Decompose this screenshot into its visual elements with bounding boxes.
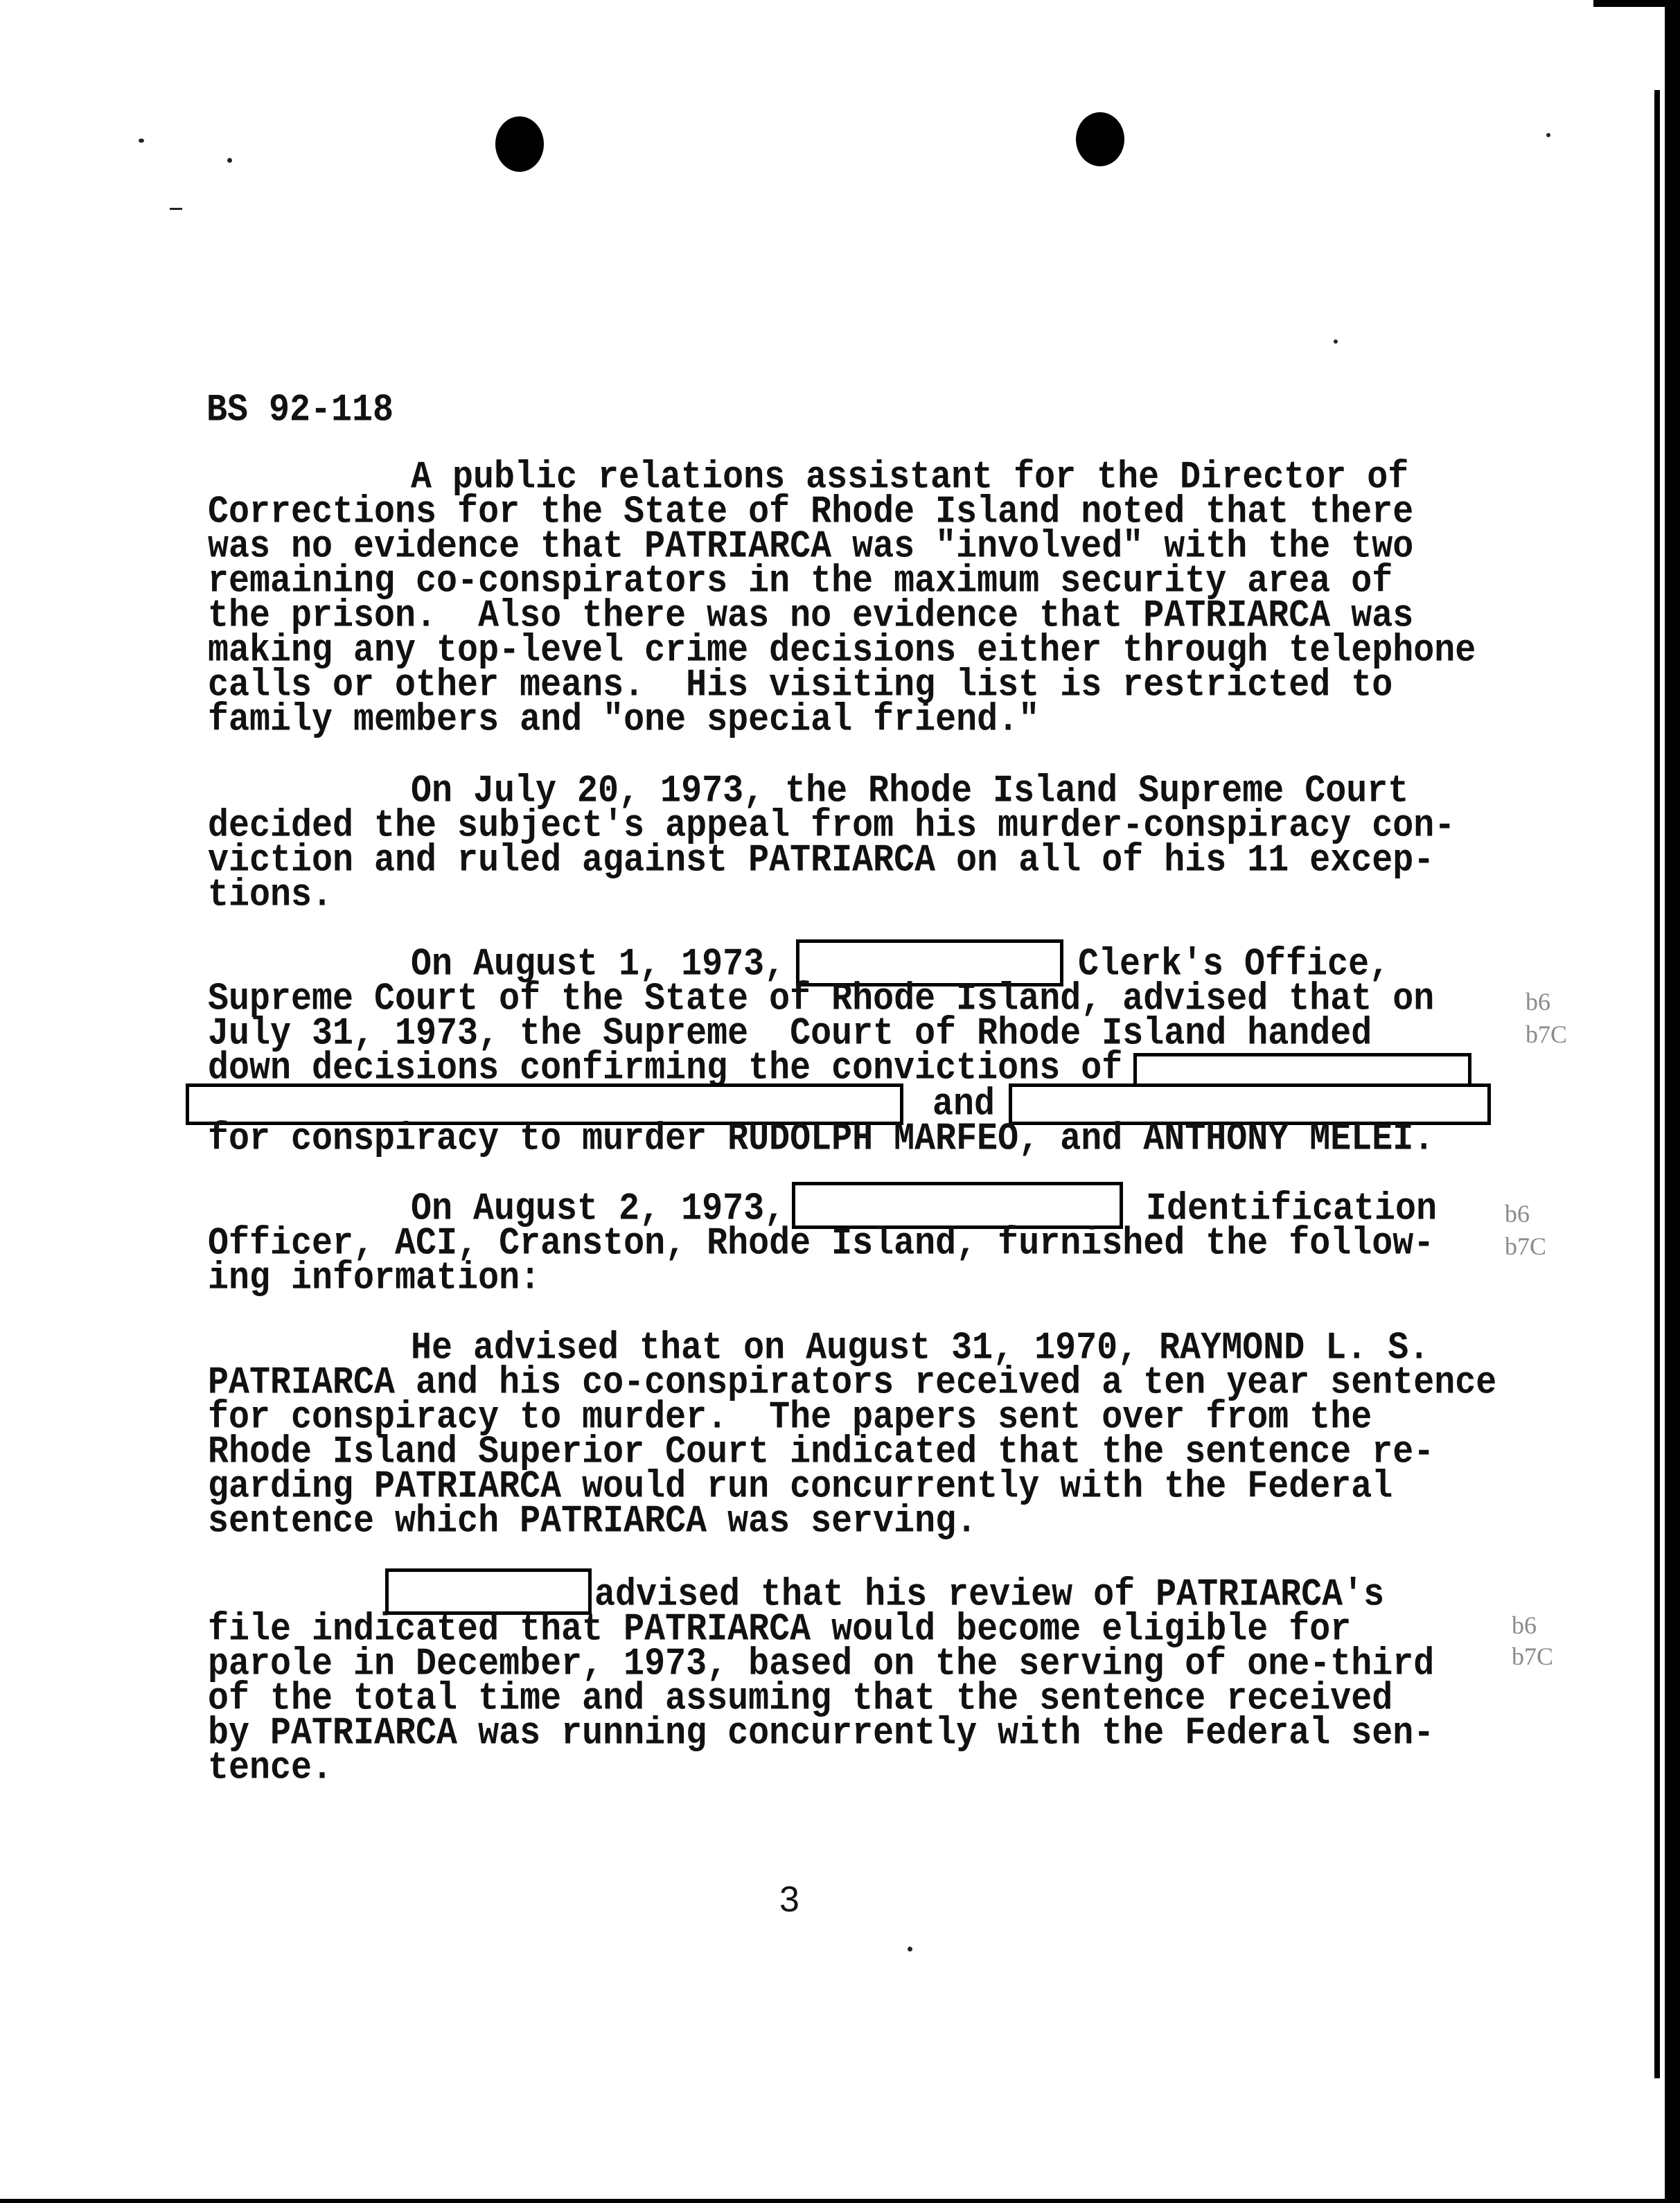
scan-speck xyxy=(1334,339,1338,344)
exemption-code: b7C xyxy=(1526,1022,1567,1047)
scan-speck xyxy=(908,1947,912,1952)
scan-speck xyxy=(139,139,144,143)
exemption-code: b7C xyxy=(1505,1234,1546,1259)
punch-hole-left xyxy=(495,116,544,172)
scan-edge-right-inner xyxy=(1654,90,1660,2078)
paragraph-line: family members and "one special friend." xyxy=(208,701,1039,740)
paragraph-line: for conspiracy to murder RUDOLPH MARFEO,… xyxy=(208,1120,1434,1159)
exemption-code: b6 xyxy=(1512,1613,1537,1638)
scan-speck xyxy=(227,158,232,163)
scan-speck xyxy=(170,208,182,210)
exemption-code: b6 xyxy=(1526,989,1550,1014)
document-page: BS 92-118 A public relations assistant f… xyxy=(0,0,1680,2203)
punch-hole-right xyxy=(1076,112,1124,166)
scan-speck xyxy=(1546,133,1550,137)
page-number: 3 xyxy=(779,1879,799,1920)
paragraph-line: by PATRIARCA was running concurrently wi… xyxy=(208,1715,1434,1753)
paragraph-line: viction and ruled against PATRIARCA on a… xyxy=(208,842,1434,881)
scan-edge-right xyxy=(1665,0,1680,2203)
paragraph-line: ing information: xyxy=(208,1259,540,1298)
file-number: BS 92-118 xyxy=(206,391,394,430)
paragraph-line: sentence which PATRIARCA was serving. xyxy=(208,1503,977,1541)
exemption-code: b7C xyxy=(1512,1644,1553,1669)
scan-edge-bottom xyxy=(0,2199,1680,2203)
paragraph-line: tence. xyxy=(208,1749,333,1788)
paragraph-line: tions. xyxy=(208,876,333,915)
exemption-code: b6 xyxy=(1505,1201,1530,1226)
